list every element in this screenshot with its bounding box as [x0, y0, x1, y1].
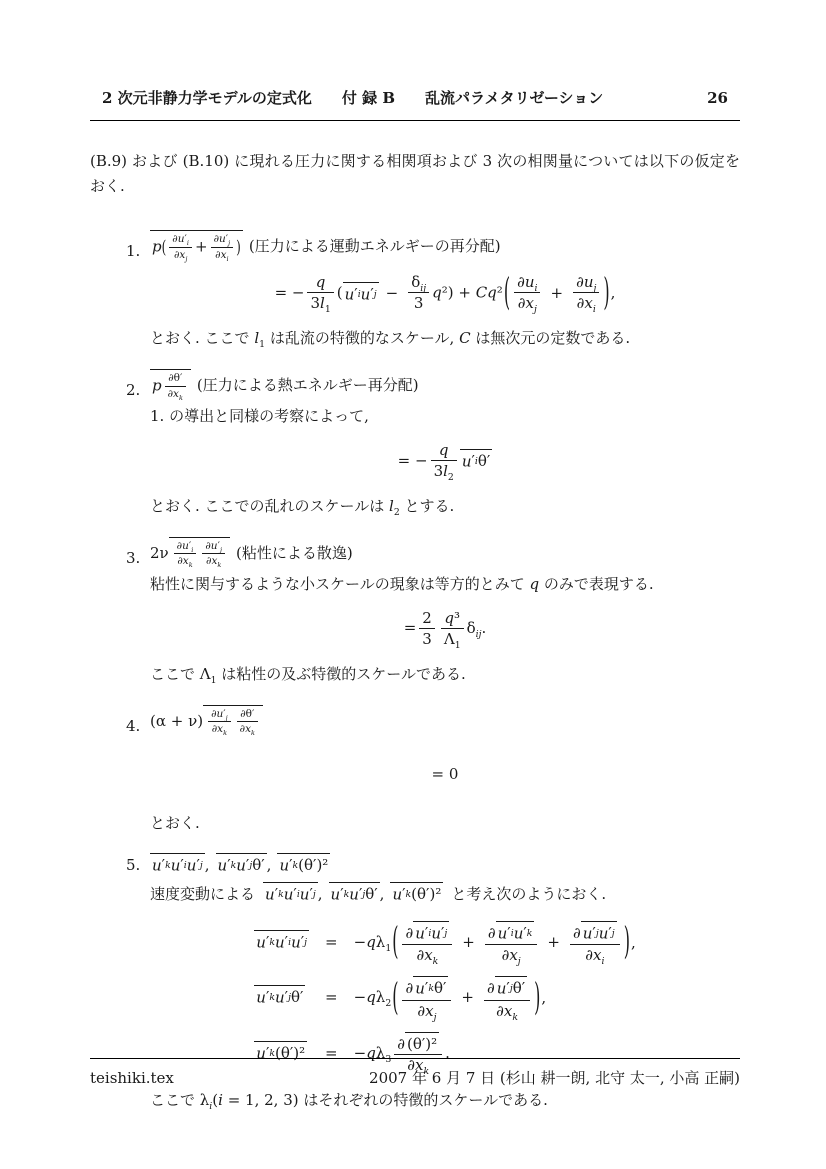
page-number: 26	[707, 86, 728, 111]
fraction: ∂u′j∂xk	[208, 708, 231, 736]
overline-term: ∂u′j∂xk∂θ′∂xk	[203, 705, 263, 736]
fraction: ∂u′j∂xk	[202, 540, 225, 568]
equation-lhs: u′ku′jθ′	[254, 985, 305, 1010]
display-equation-4: = 0	[150, 762, 740, 787]
overline-term: (θ′)²	[405, 1032, 439, 1054]
plus-sign: +	[550, 284, 563, 302]
fraction: ∂u′i∂xj	[169, 233, 192, 261]
fraction: ∂u′jθ′∂xk	[484, 976, 530, 1019]
right-paren: )	[623, 911, 631, 973]
item-2-note: とおく. ここでの乱れのスケールは l2 とする.	[150, 494, 740, 519]
display-equation-2: = −q3l2u′iθ′	[150, 441, 740, 480]
equation-rhs: −qλ1(∂u′iu′j∂xk+∂u′iu′k∂xj+∂u′ju′j∂xi),	[354, 921, 636, 964]
item-5-text: 速度変動によるu′ku′iu′j,u′ku′jθ′,u′k(θ′)²と考え次のよ…	[150, 882, 740, 907]
right-paren: )	[533, 967, 541, 1029]
equals-sign: =	[325, 930, 338, 955]
overline-term: u′ku′iu′j	[263, 882, 318, 904]
item-3-label: (粘性による散逸)	[236, 544, 353, 562]
equation-rhs: −qλ2(∂u′kθ′∂xj+∂u′jθ′∂xk),	[354, 976, 636, 1019]
item-2: 2. p∂θ′∂xk(圧力による熱エネルギー再分配) 1. の導出と同様の考察に…	[90, 367, 740, 533]
left-paren: (	[503, 262, 511, 324]
item-3-note: ここで Λ1 は粘性の及ぶ特徴的スケールである.	[150, 662, 740, 687]
equals-sign: =	[325, 985, 338, 1010]
item-4-inline-formula: (α + ν)∂u′j∂xk∂θ′∂xk	[150, 705, 740, 736]
display-equation-5: u′ku′iu′j = −qλ1(∂u′iu′j∂xk+∂u′iu′k∂xj+∂…	[254, 921, 635, 1075]
right-paren: )	[602, 262, 610, 324]
fraction: q3l1	[307, 273, 333, 312]
overline-term: ∂u′i∂xk∂u′j∂xk	[169, 537, 230, 568]
intro-paragraph: (B.9) および (B.10) に現れる圧力に関する相関項および 3 次の相関…	[90, 149, 740, 199]
left-paren: (	[162, 236, 167, 259]
fraction: ∂u′i∂xk	[174, 540, 197, 568]
fraction: ∂u′iu′j∂xk	[402, 921, 452, 964]
item-3-text: 粘性に関与するような小スケールの現象は等方的とみて q のみで表現する.	[150, 572, 740, 597]
overline-term: u′ku′iu′j	[254, 930, 309, 952]
fraction: δij3	[408, 273, 429, 312]
fraction: q³Λ1	[441, 609, 464, 648]
display-equation-3: =23q³Λ1δij.	[150, 609, 740, 648]
right-paren: )	[236, 236, 241, 259]
overline-term: u′iθ′	[460, 449, 493, 471]
item-3-number: 3.	[126, 535, 150, 571]
plus-sign: +	[195, 238, 208, 256]
comma: ,	[267, 856, 272, 874]
fraction: 23	[419, 609, 435, 648]
item-5-inline-formula: u′ku′iu′j,u′ku′jθ′,u′k(θ′)²	[150, 853, 740, 878]
item-1: 1. p(∂u′i∂xj+∂u′j∂xi)(圧力による運動エネルギーの再分配) …	[90, 228, 740, 365]
fraction: ∂u′kθ′∂xj	[402, 976, 451, 1019]
page-header: 2 次元非静力学モデルの定式化 付 録 B 乱流パラメタリゼーション 26	[90, 86, 740, 121]
fraction: ∂u′ju′j∂xi	[570, 921, 620, 964]
overline-term: p∂θ′∂xk	[150, 369, 191, 400]
fraction: ∂u′iu′k∂xj	[485, 921, 538, 964]
overline-term: u′iu′j	[413, 921, 449, 943]
overline-term: u′ku′jθ′	[329, 882, 380, 904]
item-4: 4. (α + ν)∂u′j∂xk∂θ′∂xk = 0 とおく.	[90, 703, 740, 850]
comma: ,	[380, 885, 385, 903]
equation-lhs: u′ku′iu′j	[254, 930, 309, 955]
header-appendix-label: 付 録 B	[342, 86, 395, 111]
item-3-inline-formula: 2ν∂u′i∂xk∂u′j∂xk(粘性による散逸)	[150, 537, 740, 568]
overline-term: u′jθ′	[495, 976, 527, 998]
fraction: ∂θ′∂xk	[237, 708, 258, 736]
overline-term: u′iu′k	[496, 921, 535, 943]
item-2-inline-formula: p∂θ′∂xk(圧力による熱エネルギー再分配)	[150, 369, 740, 400]
overline-term: u′ku′jθ′	[216, 853, 267, 875]
document-page: 2 次元非静力学モデルの定式化 付 録 B 乱流パラメタリゼーション 26 (B…	[0, 0, 826, 1169]
left-paren: (	[391, 967, 399, 1029]
item-1-label: (圧力による運動エネルギーの再分配)	[249, 237, 501, 255]
item-5-number: 5.	[126, 851, 150, 878]
item-5-note: ここで λi(i = 1, 2, 3) はそれぞれの特徴的スケールである.	[150, 1088, 740, 1113]
overline-term: u′ju′j	[581, 921, 617, 943]
comma: ,	[318, 885, 323, 903]
item-4-note: とおく.	[150, 811, 740, 836]
overline-term: u′k(θ′)²	[390, 882, 443, 904]
header-title: 2 次元非静力学モデルの定式化	[102, 86, 312, 111]
plus-sign: +	[462, 933, 475, 951]
overline-term: u′ku′jθ′	[254, 985, 305, 1007]
overline-term: u′kθ′	[413, 976, 448, 998]
item-3: 3. 2ν∂u′i∂xk∂u′j∂xk(粘性による散逸) 粘性に関与するような小…	[90, 535, 740, 701]
plus-sign: +	[461, 988, 474, 1006]
plus-sign: +	[547, 933, 560, 951]
footer-date-authors: 2007 年 6 月 7 日 (杉山 耕一朗, 北守 太一, 小高 正嗣)	[369, 1066, 740, 1091]
fraction: ∂ui∂xj	[514, 273, 540, 312]
fraction: ∂u′j∂xi	[211, 233, 234, 261]
item-4-number: 4.	[126, 703, 150, 739]
comma: ,	[205, 856, 210, 874]
header-subtitle: 乱流パラメタリゼーション	[425, 86, 603, 111]
fraction: ∂uj∂xi	[573, 273, 599, 312]
display-equation-1: = −q3l1(u′iu′j−δij3q²) + Cq²(∂ui∂xj+∂uj∂…	[150, 273, 740, 312]
overline-term: u′k(θ′)²	[277, 853, 330, 875]
item-1-inline-formula: p(∂u′i∂xj+∂u′j∂xi)(圧力による運動エネルギーの再分配)	[150, 230, 740, 261]
fraction: q3l2	[431, 441, 457, 480]
overline-term: u′ku′iu′j	[150, 853, 205, 875]
item-1-note: とおく. ここで l1 は乱流の特徴的なスケール, C は無次元の定数である.	[150, 326, 740, 351]
item-2-number: 2.	[126, 367, 150, 403]
page-footer: teishiki.tex 2007 年 6 月 7 日 (杉山 耕一朗, 北守 …	[90, 1058, 740, 1091]
item-2-text: 1. の導出と同様の考察によって,	[150, 404, 740, 429]
overline-term: p(∂u′i∂xj+∂u′j∂xi)	[150, 230, 243, 261]
fraction: ∂θ′∂xk	[165, 372, 186, 400]
item-1-number: 1.	[126, 228, 150, 264]
footer-filename: teishiki.tex	[90, 1066, 174, 1091]
item-2-label: (圧力による熱エネルギー再分配)	[197, 376, 419, 394]
overline-term: u′iu′j	[343, 282, 379, 304]
left-paren: (	[391, 911, 399, 973]
